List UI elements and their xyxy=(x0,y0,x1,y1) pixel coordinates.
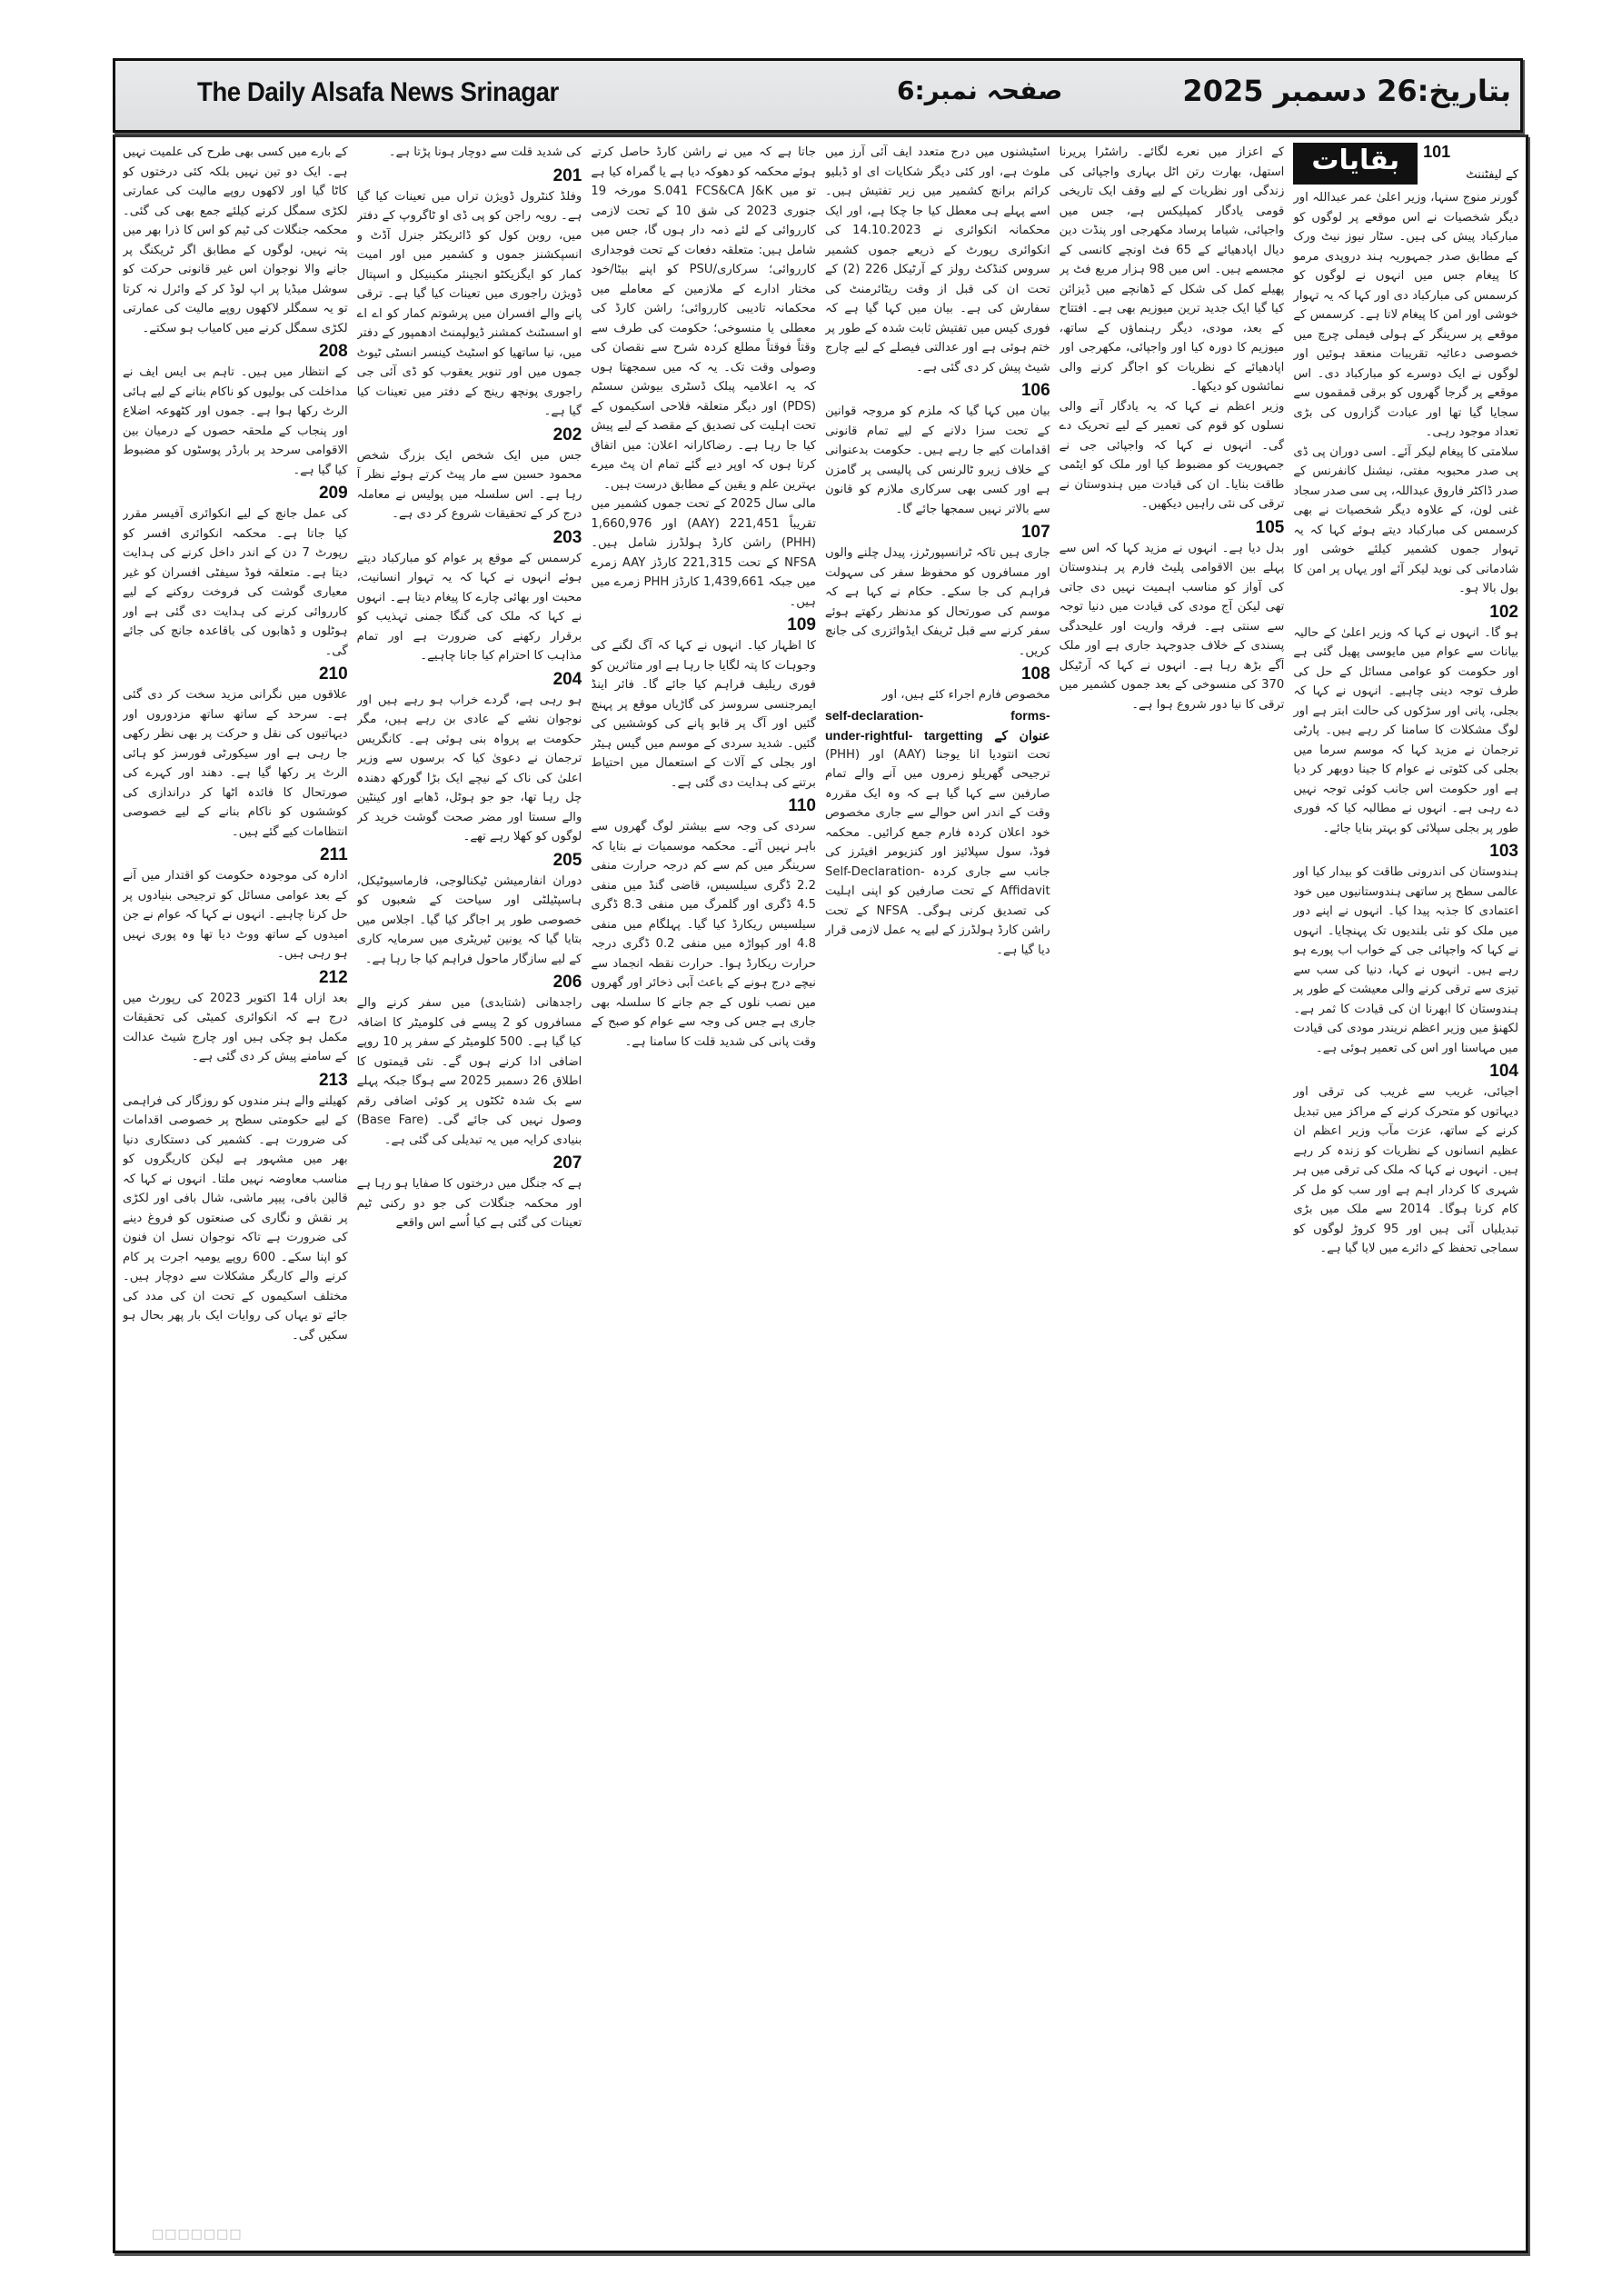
article-column: اسٹیشنوں میں درج متعدد ایف آئی آرز میں م… xyxy=(825,143,1050,2245)
lead-word: کے لیفٹننٹ xyxy=(1423,165,1518,185)
article-paragraph: گورنر منوج سنہا، وزیر اعلیٰ عمر عبداللہ … xyxy=(1293,188,1518,443)
article-paragraph: جاری ہیں تاکہ ٹرانسپورٹرز، پیدل چلنے وال… xyxy=(825,544,1050,661)
section-number: 206 xyxy=(357,972,582,993)
section-number: 105 xyxy=(1060,517,1285,539)
article-paragraph: مالی سال 2025 کے تحت جموں کشمیر میں تقری… xyxy=(591,494,816,612)
section-number: 208 xyxy=(123,341,348,363)
section-number: 110 xyxy=(591,795,816,817)
article-paragraph: سلامتی کا پیغام لیکر آئے۔ اسی دوران پی ڈ… xyxy=(1293,443,1518,599)
article-paragraph: علاقوں میں نگرانی مزید سخت کر دی گئی ہے۔… xyxy=(123,685,348,842)
section-number: 213 xyxy=(123,1070,348,1092)
section-number: 109 xyxy=(591,614,816,636)
section-number: 101 xyxy=(1423,143,1518,163)
content-frame: بقایات101کے لیفٹننٹگورنر منوج سنہا، وزیر… xyxy=(113,135,1528,2253)
article-paragraph: کا اظہار کیا۔ انہوں نے کہا کہ آگ لگنے کی… xyxy=(591,636,816,793)
article-paragraph: دوران انفارمیشن ٹیکنالوجی، فارماسیوٹیکل،… xyxy=(357,872,582,970)
article-paragraph: کھیلنے والے ہنر مندوں کو روزگار کی فراہم… xyxy=(123,1092,348,1346)
page-number: صفحہ نمبر:6 xyxy=(897,75,1062,105)
article-paragraph: کرسمس کے موقع پر عوام کو مبارکباد دیتے ہ… xyxy=(357,549,582,666)
article-paragraph: کے بارے میں کسی بھی طرح کی علمیت نہیں ہے… xyxy=(123,143,348,338)
text-columns: بقایات101کے لیفٹننٹگورنر منوج سنہا، وزیر… xyxy=(123,143,1518,2245)
article-column: جاتا ہے کہ میں نے راشن کارڈ حاصل کرتے ہو… xyxy=(591,143,816,2245)
article-paragraph: راجدھانی (شتابدی) میں سفر کرنے والے مساف… xyxy=(357,993,582,1150)
section-number: 106 xyxy=(825,380,1050,402)
section-number: 203 xyxy=(357,527,582,549)
section-number: 104 xyxy=(1293,1061,1518,1083)
issue-date: بتاریخ:26 دسمبر 2025 xyxy=(1182,74,1511,108)
latin-text-line: under-rightful- targetting عنوان کے xyxy=(825,725,1050,745)
section-number: 207 xyxy=(357,1153,582,1174)
newspaper-page: The Daily Alsafa News Srinagar صفحہ نمبر… xyxy=(113,58,1523,133)
article-paragraph: اسٹیشنوں میں درج متعدد ایف آئی آرز میں م… xyxy=(825,143,1050,377)
section-number: 210 xyxy=(123,664,348,685)
article-paragraph: کی شدید قلت سے دوچار ہونا پڑتا ہے۔ xyxy=(357,143,582,163)
section-number: 205 xyxy=(357,850,582,872)
article-paragraph: وفلڈ کنٹرول ڈویژن تراں میں تعینات کیا گی… xyxy=(357,187,582,422)
article-paragraph: اجیائی، غریب سے غریب کی ترقی اور دیہاتوں… xyxy=(1293,1083,1518,1259)
section-number: 211 xyxy=(123,844,348,866)
article-paragraph: جاتا ہے کہ میں نے راشن کارڈ حاصل کرتے ہو… xyxy=(591,143,816,494)
article-paragraph: تحت انتودیا انا یوجنا (AAY) اور (PHH) تر… xyxy=(825,745,1050,961)
article-paragraph: ہو رہی ہے، گردے خراب ہو رہے ہیں اور نوجو… xyxy=(357,691,582,847)
article-paragraph: وزیر اعظم نے کہا کہ یہ یادگار آنے والی ن… xyxy=(1060,397,1285,514)
footer-marks: □□□□□□□ xyxy=(152,2227,243,2241)
article-paragraph: بدل دیا ہے۔ انہوں نے مزید کہا کہ اس سے پ… xyxy=(1060,539,1285,715)
article-paragraph: کے انتظار میں ہیں۔ تاہم بی ایس ایف نے مد… xyxy=(123,363,348,480)
article-column: کے بارے میں کسی بھی طرح کی علمیت نہیں ہے… xyxy=(123,143,348,2245)
article-paragraph: ادارہ کی موجودہ حکومت کو اقتدار میں آنے … xyxy=(123,866,348,964)
section-number: 102 xyxy=(1293,602,1518,624)
article-column: بقایات101کے لیفٹننٹگورنر منوج سنہا، وزیر… xyxy=(1293,143,1518,2245)
section-header-lead: 101کے لیفٹننٹ xyxy=(1418,143,1518,185)
latin-text-line: self-declaration- forms- xyxy=(825,705,1050,725)
article-paragraph: ہو گا۔ انہوں نے کہا کہ وزیر اعلیٰ کے حال… xyxy=(1293,624,1518,839)
section-header-label: بقایات xyxy=(1293,143,1418,185)
article-column: کے اعزاز میں نعرے لگائے۔ راشٹرا پریرنا ا… xyxy=(1060,143,1285,2245)
section-number: 108 xyxy=(825,664,1050,685)
article-column: کی شدید قلت سے دوچار ہونا پڑتا ہے۔201وفل… xyxy=(357,143,582,2245)
article-paragraph: مخصوص فارم اجراء کئے ہیں، اور xyxy=(825,685,1050,705)
section-number: 212 xyxy=(123,967,348,989)
article-paragraph: ہے کہ جنگل میں درختوں کا صفایا ہو رہا ہے… xyxy=(357,1174,582,1233)
article-paragraph: بیان میں کہا گیا کہ ملزم کو مروجہ قوانین… xyxy=(825,402,1050,519)
article-paragraph: سردی کی وجہ سے بیشتر لوگ گھروں سے باہر ن… xyxy=(591,817,816,1052)
section-number: 103 xyxy=(1293,841,1518,863)
article-paragraph: کی عمل جانچ کے لیے انکوائری آفیسر مقرر ک… xyxy=(123,504,348,661)
article-paragraph: بعد ازاں 14 اکتوبر 2023 کی رپورٹ میں درج… xyxy=(123,989,348,1067)
section-header: بقایات101کے لیفٹننٹ xyxy=(1293,143,1518,185)
section-number: 209 xyxy=(123,483,348,504)
section-number: 202 xyxy=(357,424,582,446)
article-paragraph: جس میں ایک شخص ایک بزرگ شخص محمود حسین س… xyxy=(357,446,582,524)
article-paragraph: ہندوستان کی اندرونی طاقت کو بیدار کیا او… xyxy=(1293,863,1518,1058)
section-number: 201 xyxy=(357,165,582,187)
section-number: 204 xyxy=(357,669,582,691)
section-number: 107 xyxy=(825,522,1050,544)
article-paragraph: کے اعزاز میں نعرے لگائے۔ راشٹرا پریرنا ا… xyxy=(1060,143,1285,397)
newspaper-title: The Daily Alsafa News Srinagar xyxy=(197,77,559,108)
masthead: The Daily Alsafa News Srinagar صفحہ نمبر… xyxy=(113,58,1523,133)
